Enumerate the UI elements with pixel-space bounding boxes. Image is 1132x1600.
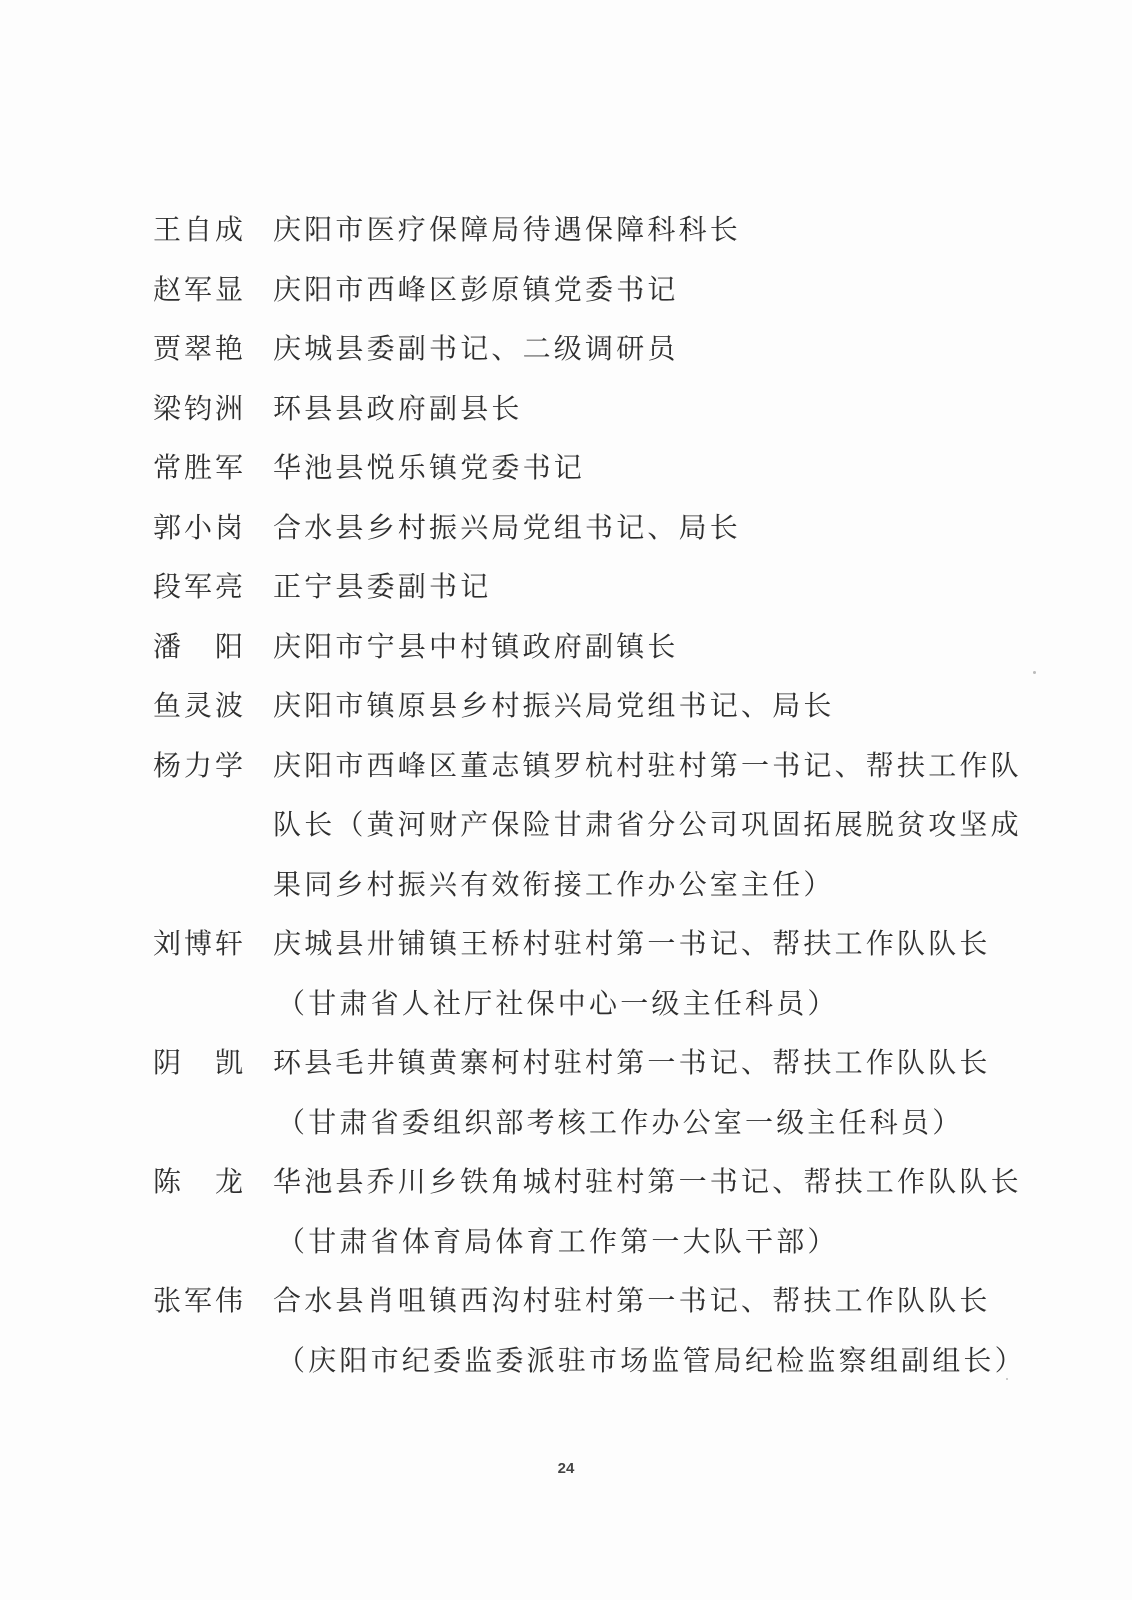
person-position: 庆城县卅铺镇王桥村驻村第一书记、帮扶工作队队长 （甘肃省人社厅社保中心一级主任科… bbox=[273, 914, 993, 1033]
person-name: 王自成 bbox=[153, 200, 273, 260]
list-item: 王自成 庆阳市医疗保障局待遇保障科科长 bbox=[153, 200, 993, 260]
page-number: 24 bbox=[0, 1460, 1132, 1477]
position-line: 庆城县卅铺镇王桥村驻村第一书记、帮扶工作队队长 bbox=[273, 914, 993, 974]
list-item: 潘 阳 庆阳市宁县中村镇政府副镇长 bbox=[153, 617, 993, 677]
person-name: 郭小岗 bbox=[153, 498, 273, 558]
person-name: 贾翠艳 bbox=[153, 319, 273, 379]
person-name: 潘 阳 bbox=[153, 617, 273, 677]
person-name: 段军亮 bbox=[153, 557, 273, 617]
person-position: 合水县乡村振兴局党组书记、局长 bbox=[273, 498, 993, 558]
person-position: 庆城县委副书记、二级调研员 bbox=[273, 319, 993, 379]
person-name: 梁钧洲 bbox=[153, 379, 273, 439]
person-name: 张军伟 bbox=[153, 1271, 273, 1331]
person-name: 杨力学 bbox=[153, 736, 273, 796]
personnel-list: 王自成 庆阳市医疗保障局待遇保障科科长 赵军显 庆阳市西峰区彭原镇党委书记 贾翠… bbox=[153, 200, 993, 1390]
person-position: 合水县肖咀镇西沟村驻村第一书记、帮扶工作队队长 （庆阳市纪委监委派驻市场监管局纪… bbox=[273, 1271, 1026, 1390]
position-line: 庆城县委副书记、二级调研员 bbox=[273, 319, 993, 379]
list-item: 梁钧洲 环县县政府副县长 bbox=[153, 379, 993, 439]
list-item: 刘博轩 庆城县卅铺镇王桥村驻村第一书记、帮扶工作队队长 （甘肃省人社厅社保中心一… bbox=[153, 914, 993, 1033]
person-position: 环县毛井镇黄寨柯村驻村第一书记、帮扶工作队队长 （甘肃省委组织部考核工作办公室一… bbox=[273, 1033, 993, 1152]
list-item: 陈 龙 华池县乔川乡铁角城村驻村第一书记、帮扶工作队队长 （甘肃省体育局体育工作… bbox=[153, 1152, 993, 1271]
document-page: 王自成 庆阳市医疗保障局待遇保障科科长 赵军显 庆阳市西峰区彭原镇党委书记 贾翠… bbox=[0, 0, 1132, 1600]
position-line: （庆阳市纪委监委派驻市场监管局纪检监察组副组长） bbox=[273, 1331, 1026, 1391]
list-item: 郭小岗 合水县乡村振兴局党组书记、局长 bbox=[153, 498, 993, 558]
person-position: 庆阳市西峰区彭原镇党委书记 bbox=[273, 260, 993, 320]
position-line: 正宁县委副书记 bbox=[273, 557, 993, 617]
position-line: 庆阳市宁县中村镇政府副镇长 bbox=[273, 617, 993, 677]
position-line: 华池县乔川乡铁角城村驻村第一书记、帮扶工作队队长 bbox=[273, 1152, 1022, 1212]
position-line: 华池县悦乐镇党委书记 bbox=[273, 438, 993, 498]
position-line: （甘肃省体育局体育工作第一大队干部） bbox=[273, 1212, 1022, 1272]
position-line: 庆阳市西峰区董志镇罗杭村驻村第一书记、帮扶工作队 bbox=[273, 736, 1022, 796]
position-line: （甘肃省委组织部考核工作办公室一级主任科员） bbox=[273, 1093, 993, 1153]
list-item: 阴 凯 环县毛井镇黄寨柯村驻村第一书记、帮扶工作队队长 （甘肃省委组织部考核工作… bbox=[153, 1033, 993, 1152]
scan-speck bbox=[1006, 1378, 1008, 1380]
person-name: 鱼灵波 bbox=[153, 676, 273, 736]
scan-speck bbox=[1033, 671, 1036, 674]
list-item: 常胜军 华池县悦乐镇党委书记 bbox=[153, 438, 993, 498]
person-position: 华池县乔川乡铁角城村驻村第一书记、帮扶工作队队长 （甘肃省体育局体育工作第一大队… bbox=[273, 1152, 1022, 1271]
list-item: 张军伟 合水县肖咀镇西沟村驻村第一书记、帮扶工作队队长 （庆阳市纪委监委派驻市场… bbox=[153, 1271, 993, 1390]
list-item: 鱼灵波 庆阳市镇原县乡村振兴局党组书记、局长 bbox=[153, 676, 993, 736]
position-line: 队长（黄河财产保险甘肃省分公司巩固拓展脱贫攻坚成 bbox=[273, 795, 1022, 855]
person-name: 刘博轩 bbox=[153, 914, 273, 974]
person-position: 环县县政府副县长 bbox=[273, 379, 993, 439]
position-line: 果同乡村振兴有效衔接工作办公室主任） bbox=[273, 855, 1022, 915]
person-position: 庆阳市宁县中村镇政府副镇长 bbox=[273, 617, 993, 677]
position-line: 庆阳市镇原县乡村振兴局党组书记、局长 bbox=[273, 676, 993, 736]
position-line: 庆阳市医疗保障局待遇保障科科长 bbox=[273, 200, 993, 260]
list-item: 杨力学 庆阳市西峰区董志镇罗杭村驻村第一书记、帮扶工作队 队长（黄河财产保险甘肃… bbox=[153, 736, 993, 915]
person-position: 庆阳市西峰区董志镇罗杭村驻村第一书记、帮扶工作队 队长（黄河财产保险甘肃省分公司… bbox=[273, 736, 1022, 915]
person-position: 庆阳市镇原县乡村振兴局党组书记、局长 bbox=[273, 676, 993, 736]
list-item: 段军亮 正宁县委副书记 bbox=[153, 557, 993, 617]
person-name: 常胜军 bbox=[153, 438, 273, 498]
person-position: 华池县悦乐镇党委书记 bbox=[273, 438, 993, 498]
person-name: 赵军显 bbox=[153, 260, 273, 320]
position-line: 合水县乡村振兴局党组书记、局长 bbox=[273, 498, 993, 558]
position-line: （甘肃省人社厅社保中心一级主任科员） bbox=[273, 974, 993, 1034]
person-position: 庆阳市医疗保障局待遇保障科科长 bbox=[273, 200, 993, 260]
position-line: 庆阳市西峰区彭原镇党委书记 bbox=[273, 260, 993, 320]
person-name: 陈 龙 bbox=[153, 1152, 273, 1212]
position-line: 合水县肖咀镇西沟村驻村第一书记、帮扶工作队队长 bbox=[273, 1271, 1026, 1331]
person-position: 正宁县委副书记 bbox=[273, 557, 993, 617]
position-line: 环县县政府副县长 bbox=[273, 379, 993, 439]
list-item: 赵军显 庆阳市西峰区彭原镇党委书记 bbox=[153, 260, 993, 320]
list-item: 贾翠艳 庆城县委副书记、二级调研员 bbox=[153, 319, 993, 379]
person-name: 阴 凯 bbox=[153, 1033, 273, 1093]
position-line: 环县毛井镇黄寨柯村驻村第一书记、帮扶工作队队长 bbox=[273, 1033, 993, 1093]
